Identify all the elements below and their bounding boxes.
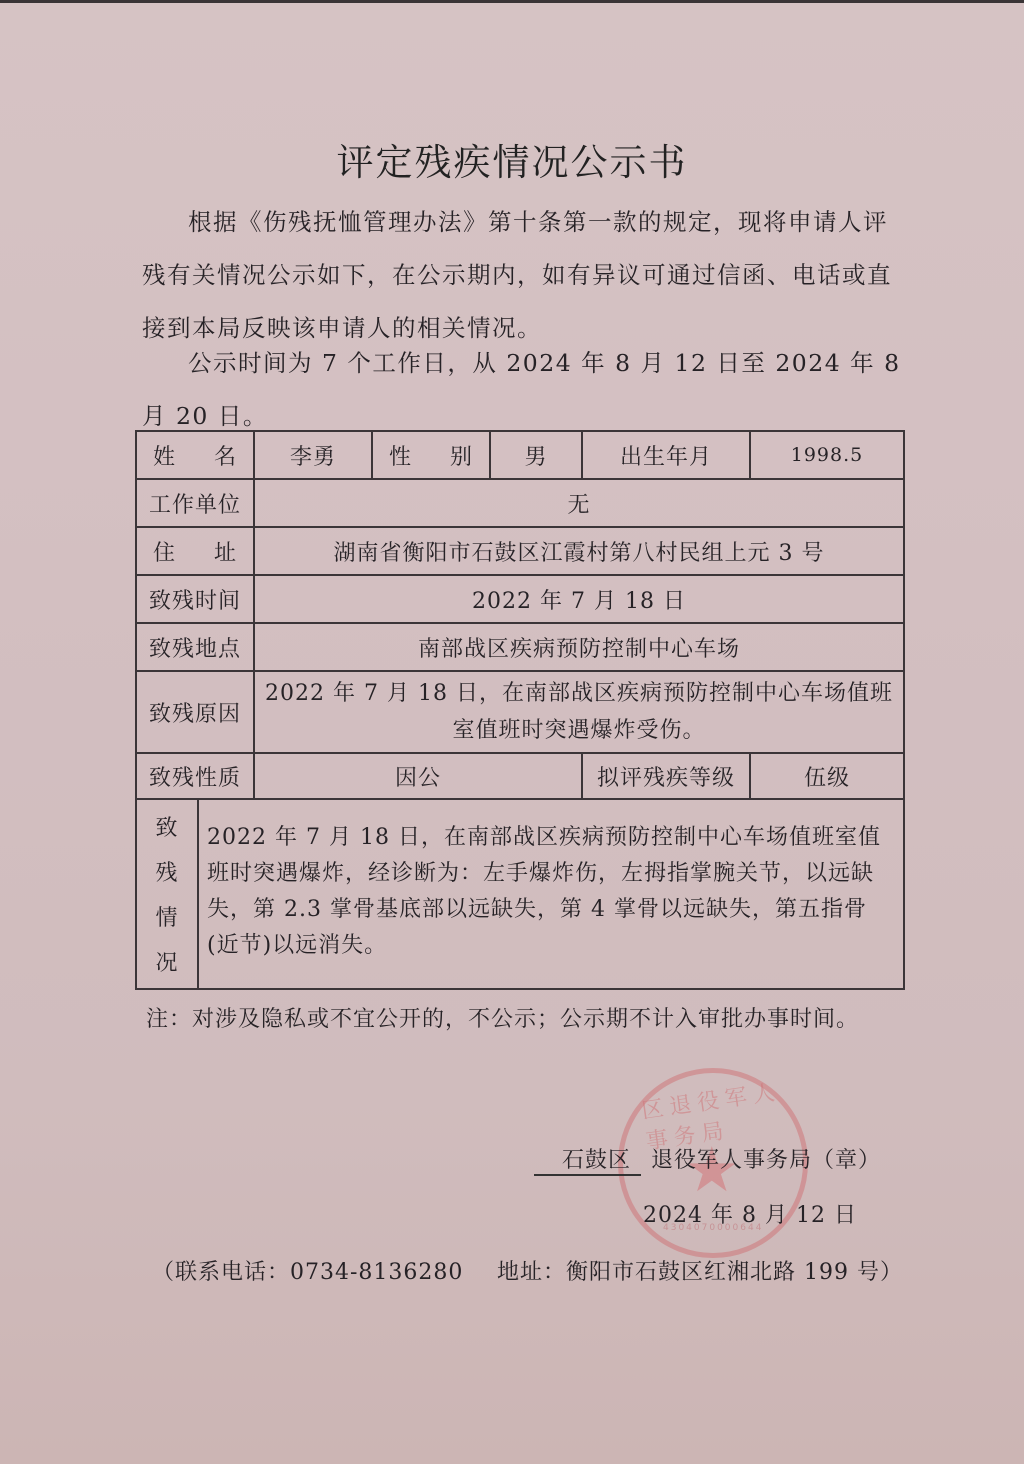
table-row-workplace: 工作单位 无 <box>136 479 904 527</box>
name-value: 李勇 <box>254 431 372 479</box>
issue-date: 2024 年 8 月 12 日 <box>643 1198 857 1229</box>
footnote: 注：对涉及隐私或不宜公开的，不公示；公示期不计入审批办事时间。 <box>146 1002 859 1033</box>
office-address: 地址：衡阳市石鼓区红湘北路 199 号） <box>497 1255 903 1286</box>
period-paragraph: 公示时间为 7 个工作日，从 2024 年 8 月 12 日至 2024 年 8… <box>142 337 902 443</box>
injury-cause-value: 2022 年 7 月 18 日，在南部战区疾病预防控制中心车场值班室值班时突遇爆… <box>254 671 904 753</box>
photo-top-edge <box>0 0 1024 3</box>
proposed-grade-value: 伍级 <box>750 753 904 799</box>
issuer-signature: 石鼓区退役军人事务局（章） <box>534 1143 881 1176</box>
table-row-injury-nature: 致残性质 因公 拟评残疾等级 伍级 <box>136 753 904 799</box>
address-label: 住址 <box>136 527 254 575</box>
applicant-info-table: 姓名 李勇 性别 男 出生年月 1998.5 工作单位 无 住址 湖南省衡阳市石… <box>135 430 905 990</box>
gender-label: 性别 <box>372 431 490 479</box>
injury-cause-label: 致残原因 <box>136 671 254 753</box>
gender-value: 男 <box>490 431 582 479</box>
condition-label: 致 残 情 况 <box>137 800 199 988</box>
document-title: 评定残疾情况公示书 <box>0 132 1024 186</box>
table-row-injury-time: 致残时间 2022 年 7 月 18 日 <box>136 575 904 623</box>
intro-paragraph: 根据《伤残抚恤管理办法》第十条第一款的规定，现将申请人评残有关情况公示如下，在公… <box>142 196 902 355</box>
workplace-value: 无 <box>254 479 904 527</box>
condition-value: 2022 年 7 月 18 日，在南部战区疾病预防控制中心车场值班室值班时突遇爆… <box>199 800 903 988</box>
injury-time-label: 致残时间 <box>136 575 254 623</box>
table-row-basic: 姓名 李勇 性别 男 出生年月 1998.5 <box>136 431 904 479</box>
injury-place-value: 南部战区疾病预防控制中心车场 <box>254 623 904 671</box>
issuer-district: 石鼓区 <box>534 1143 641 1176</box>
address-value: 湖南省衡阳市石鼓区江霞村第八村民组上元 3 号 <box>254 527 904 575</box>
injury-time-value: 2022 年 7 月 18 日 <box>254 575 904 623</box>
proposed-grade-label: 拟评残疾等级 <box>582 753 750 799</box>
contact-phone: （联系电话：0734-8136280 <box>152 1255 463 1286</box>
table-row-injury-cause: 致残原因 2022 年 7 月 18 日，在南部战区疾病预防控制中心车场值班室值… <box>136 671 904 753</box>
birth-value: 1998.5 <box>750 431 904 479</box>
table-row-address: 住址 湖南省衡阳市石鼓区江霞村第八村民组上元 3 号 <box>136 527 904 575</box>
table-row-injury-place: 致残地点 南部战区疾病预防控制中心车场 <box>136 623 904 671</box>
table-row-condition: 致 残 情 况 2022 年 7 月 18 日，在南部战区疾病预防控制中心车场值… <box>136 799 904 989</box>
injury-place-label: 致残地点 <box>136 623 254 671</box>
issuer-office: 退役军人事务局（章） <box>651 1148 881 1173</box>
injury-nature-label: 致残性质 <box>136 753 254 799</box>
name-label: 姓名 <box>136 431 254 479</box>
workplace-label: 工作单位 <box>136 479 254 527</box>
injury-nature-value: 因公 <box>254 753 582 799</box>
birth-label: 出生年月 <box>582 431 750 479</box>
